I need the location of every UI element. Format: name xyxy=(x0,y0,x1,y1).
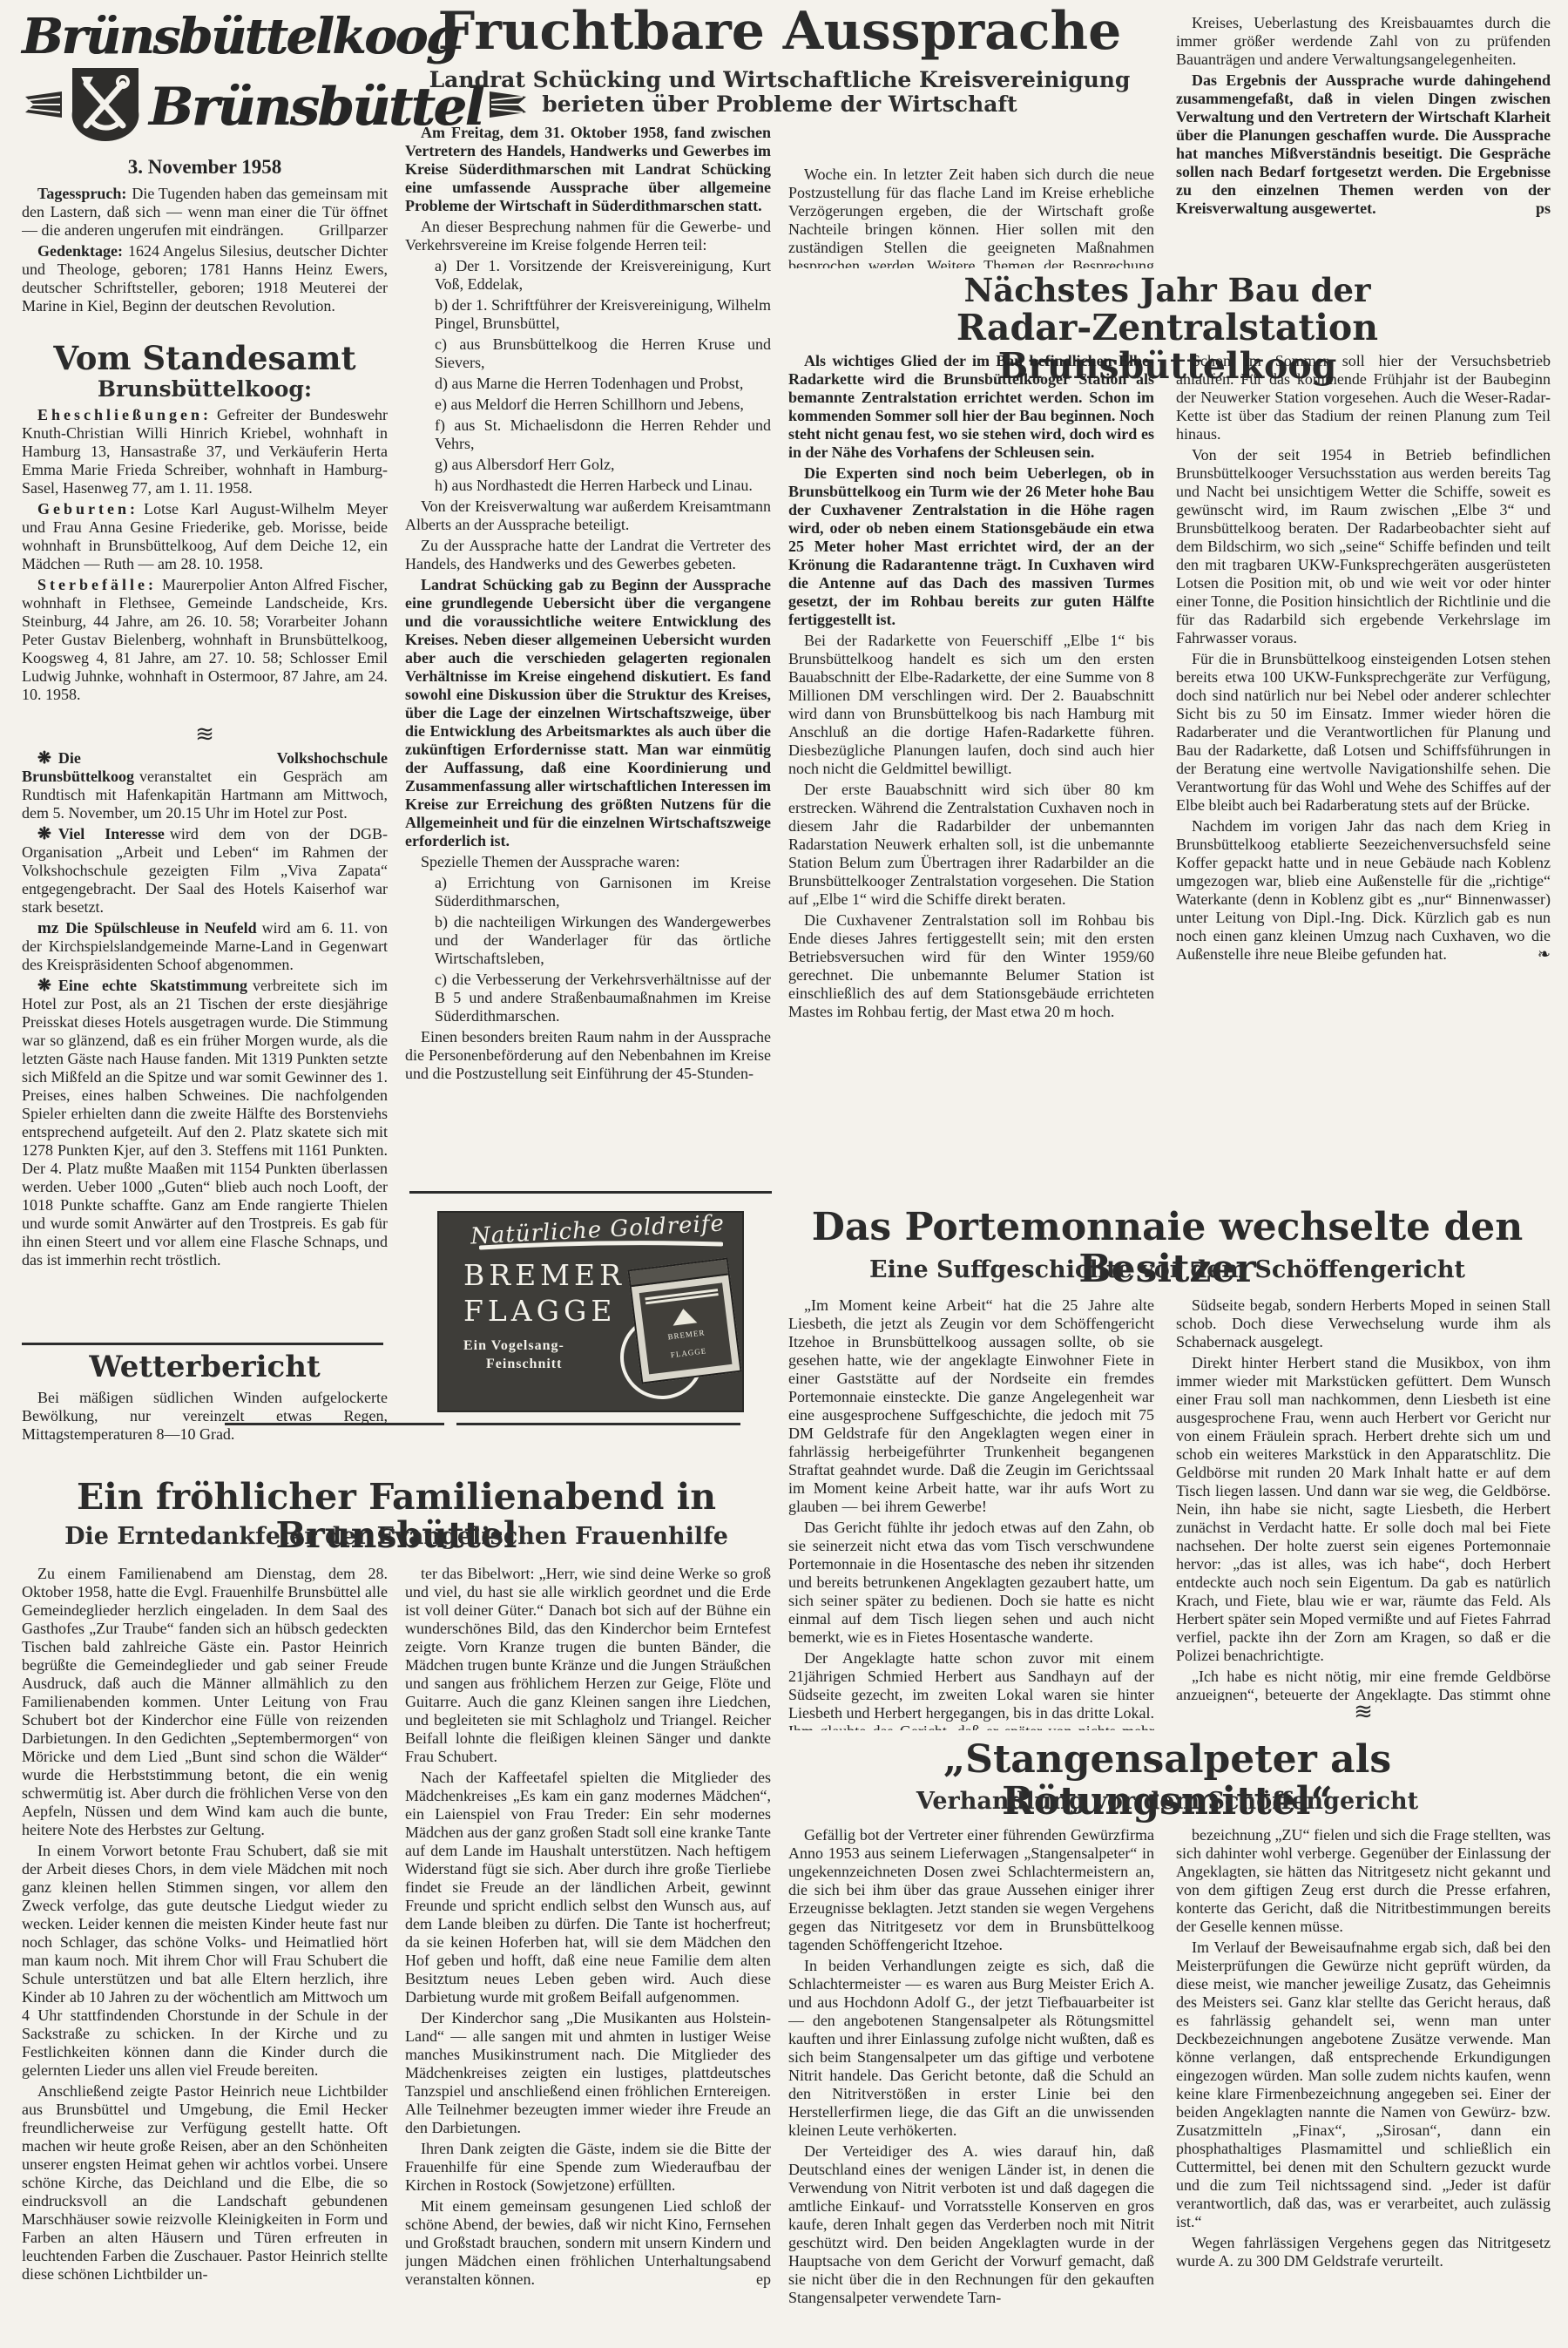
paragraph: h) aus Nordhastedt die Herren Harbeck un… xyxy=(405,477,771,495)
masthead: Brünsbüttelkoog Brünsbüttel xyxy=(22,12,396,149)
standesamt-entries: Eheschließungen:Gefreiter der Bundeswehr… xyxy=(22,406,388,725)
standesamt-heading: Vom Standesamt xyxy=(22,342,388,376)
divider-segment xyxy=(456,1423,740,1425)
tagesspruch-label: Tagesspruch: xyxy=(37,185,126,202)
paragraph: Das Gericht fühlte ihr jedoch etwas auf … xyxy=(788,1519,1154,1647)
familienabend-column-right: ter das Bibelwort: „Herr, wie sind deine… xyxy=(405,1565,771,2348)
portemonnaie-subhead: Eine Suffgeschichte vor dem Schöffengeri… xyxy=(784,1256,1551,1283)
issue-date: 3. November 1958 xyxy=(22,158,388,176)
section-divider-icon: ≋ xyxy=(1176,1701,1551,1723)
paragraph: g) aus Albersdorf Herr Golz, xyxy=(405,456,771,474)
paragraph: Eheschließungen:Gefreiter der Bundeswehr… xyxy=(22,406,388,497)
divider-segment xyxy=(225,1423,444,1425)
crest-icon xyxy=(69,64,142,149)
tagesspruch: Tagesspruch:Die Tugenden haben das gemei… xyxy=(22,185,388,240)
paragraph: ter das Bibelwort: „Herr, wie sind deine… xyxy=(405,1565,771,1766)
wetterbericht-heading: Wetterbericht xyxy=(22,1351,388,1384)
standesamt-place: Brunsbüttelkoog: xyxy=(22,377,388,403)
paragraph: Nachdem im vorigen Jahr das nach dem Kri… xyxy=(1176,817,1551,964)
wetterbericht-text: Bei mäßigen südlichen Winden aufgelocker… xyxy=(22,1389,388,1450)
fruchtbare-subhead-1: Landrat Schücking und Wirtschaftliche Kr… xyxy=(396,68,1163,93)
paragraph: Mit einem gemeinsam gesungenen Lied schl… xyxy=(405,2197,771,2289)
stangensalpeter-column-right: bezeichnung „ZU“ fielen und sich die Fra… xyxy=(1176,1826,1551,2348)
familienabend-subhead: Die Erntedankfeier der Evangelischen Fra… xyxy=(22,1523,771,1550)
paragraph: Das Ergebnis der Aussprache wurde dahing… xyxy=(1176,71,1551,218)
paragraph: Einen besonders breiten Raum nahm in der… xyxy=(405,1028,771,1083)
familienabend-column-left: Zu einem Familienabend am Dienstag, dem … xyxy=(22,1565,388,2348)
paragraph: Schon im Sommer soll hier der Versuchsbe… xyxy=(1176,352,1551,443)
paragraph: Die Cuxhavener Zentralstation soll im Ro… xyxy=(788,911,1154,1021)
local-news-items: ❋Die Volkshochschule Brunsbüttelkoogvera… xyxy=(22,749,388,1335)
weather-text: Bei mäßigen südlichen Winden aufgelocker… xyxy=(22,1389,388,1443)
paragraph: ❋Eine echte Skatstimmungverbreitete sich… xyxy=(22,977,388,1269)
item-marker-icon: ❋ xyxy=(37,977,51,995)
paragraph-lead: Sterbefälle: xyxy=(37,576,157,593)
paragraph: Zu einem Familienabend am Dienstag, dem … xyxy=(22,1565,388,1839)
item-marker-icon: ❋ xyxy=(37,749,51,768)
divider-rule xyxy=(22,1343,383,1345)
paragraph: Direkt hinter Herbert stand die Musikbox… xyxy=(1176,1354,1551,1665)
paragraph: Kreises, Ueberlastung des Kreisbauamtes … xyxy=(1176,14,1551,69)
stangensalpeter-column-left: Gefällig bot der Vertreter einer führend… xyxy=(788,1826,1154,2348)
radar-headline-line1: Nächstes Jahr Bau der xyxy=(784,274,1551,308)
item-marker-icon: ❋ xyxy=(37,825,51,843)
paragraph: ❋Die Volkshochschule Brunsbüttelkoogvera… xyxy=(22,749,388,822)
paragraph: Nach der Kaffeetafel spielten die Mitgli… xyxy=(405,1769,771,2006)
tobacco-advertisement: Natürliche Goldreife BREMER FLAGGE Ein V… xyxy=(437,1211,744,1412)
portemonnaie-column-right: Südseite begab, sondern Herberts Moped i… xyxy=(1176,1296,1551,1702)
paragraph: a) Errichtung von Garnisonen im Kreise S… xyxy=(405,874,771,910)
ad-top-rule xyxy=(409,1191,772,1194)
paragraph-lead: Die Volkshochschule Brunsbüttelkoog xyxy=(22,749,388,785)
paragraph: Anschließend zeigte Pastor Heinrich neue… xyxy=(22,2082,388,2284)
paragraph: e) aus Meldorf die Herren Schillhorn und… xyxy=(405,396,771,414)
paragraph: b) der 1. Schriftführer der Kreisvereini… xyxy=(405,296,771,333)
paragraph: Woche ein. In letzter Zeit haben sich du… xyxy=(788,166,1154,268)
pennant-icon xyxy=(22,90,62,124)
radar-column-right: Schon im Sommer soll hier der Versuchsbe… xyxy=(1176,352,1551,1187)
paragraph: Landrat Schücking gab zu Beginn der Auss… xyxy=(405,576,771,850)
tagesspruch-author: Grillparzer xyxy=(293,221,388,240)
stangensalpeter-subhead: Verhandlung vor dem Schöffengericht xyxy=(784,1788,1551,1815)
tin-label: BREMER FLAGGE xyxy=(639,1282,733,1374)
paragraph: mzDie Spülschleuse in Neufeldwird am 6. … xyxy=(22,919,388,974)
section-divider-icon: ≋ xyxy=(22,723,388,746)
paragraph: Südseite begab, sondern Herberts Moped i… xyxy=(1176,1296,1551,1351)
paragraph: d) aus Marne die Herren Todenhagen und P… xyxy=(405,375,771,393)
fruchtbare-headline: Fruchtbare Aussprache xyxy=(396,3,1163,60)
paragraph: Spezielle Themen der Aussprache waren: xyxy=(405,853,771,871)
portemonnaie-column-left: „Im Moment keine Arbeit“ hat die 25 Jahr… xyxy=(788,1296,1154,1730)
paragraph: In beiden Verhandlungen zeigte es sich, … xyxy=(788,1957,1154,2140)
paragraph: Als wichtiges Glied der im Bau befindlic… xyxy=(788,352,1154,462)
paragraph: Sterbefälle:Maurerpolier Anton Alfred Fi… xyxy=(22,576,388,704)
masthead-title-line1: Brünsbüttelkoog xyxy=(22,12,396,61)
fruchtbare-column-2: Woche ein. In letzter Zeit haben sich du… xyxy=(788,166,1154,268)
paragraph: „Im Moment keine Arbeit“ hat die 25 Jahr… xyxy=(788,1296,1154,1516)
paragraph: a) Der 1. Vorsitzende der Kreisvereinigu… xyxy=(405,257,771,294)
gedenktage-label: Gedenktage: xyxy=(37,242,123,260)
paragraph: Die Experten sind noch beim Ueberlegen, … xyxy=(788,464,1154,629)
radar-column-left: Als wichtiges Glied der im Bau befindlic… xyxy=(788,352,1154,1187)
paragraph-lead: Die Spülschleuse in Neufeld xyxy=(65,919,256,937)
paragraph: Der erste Bauabschnitt wird sich über 80… xyxy=(788,781,1154,909)
paragraph-lead: Eheschließungen: xyxy=(37,406,212,423)
tobacco-tin-image: BREMER FLAGGE xyxy=(627,1257,741,1384)
fruchtbare-column-3: Kreises, Ueberlastung des Kreisbauamtes … xyxy=(1176,14,1551,267)
paragraph: b) die nachteiligen Wirkungen des Wander… xyxy=(405,913,771,968)
paragraph: Am Freitag, dem 31. Oktober 1958, fand z… xyxy=(405,124,771,215)
paragraph: Der Verteidiger des A. wies darauf hin, … xyxy=(788,2142,1154,2307)
sign-off: ❧ xyxy=(1511,945,1551,964)
paragraph-lead: Viel Interesse xyxy=(58,825,165,842)
paragraph-lead: Eine echte Skatstimmung xyxy=(58,977,247,994)
paragraph: „Ich habe es nicht nötig, mir eine fremd… xyxy=(1176,1668,1551,1702)
paragraph: Von der seit 1954 in Betrieb befindliche… xyxy=(1176,446,1551,647)
paragraph: c) aus Brunsbüttelkoog die Herren Kruse … xyxy=(405,335,771,372)
paragraph: In einem Vorwort betonte Frau Schubert, … xyxy=(22,1842,388,2080)
paragraph: Wegen fahrlässigen Vergehens gegen das N… xyxy=(1176,2234,1551,2270)
paragraph: Gefällig bot der Vertreter einer führend… xyxy=(788,1826,1154,1954)
daily-quote-block: Tagesspruch:Die Tugenden haben das gemei… xyxy=(22,185,388,343)
paragraph: c) die Verbesserung der Verkehrsverhältn… xyxy=(405,971,771,1025)
fruchtbare-subhead-2: berieten über Probleme der Wirtschaft xyxy=(396,92,1163,118)
paragraph: Geburten:Lotse Karl August-Wilhelm Meyer… xyxy=(22,500,388,573)
paragraph: Ihren Dank zeigten die Gäste, indem sie … xyxy=(405,2140,771,2195)
ship-icon xyxy=(671,1307,697,1325)
paragraph: Der Angeklagte hatte schon zuvor mit ein… xyxy=(788,1649,1154,1730)
paragraph: Der Kinderchor sang „Die Musikanten aus … xyxy=(405,2009,771,2137)
paragraph: ❋Viel Interessewird dem von der DGB-Orga… xyxy=(22,825,388,917)
fruchtbare-column-1: Am Freitag, dem 31. Oktober 1958, fand z… xyxy=(405,124,771,1188)
item-marker-icon: mz xyxy=(37,919,58,937)
paragraph: An dieser Besprechung nahmen für die Gew… xyxy=(405,218,771,254)
paragraph: bezeichnung „ZU“ fielen und sich die Fra… xyxy=(1176,1826,1551,1936)
paragraph-lead: Geburten: xyxy=(37,500,139,518)
paragraph: Zu der Aussprache hatte der Landrat die … xyxy=(405,537,771,573)
sign-off: ep xyxy=(730,2270,771,2289)
newspaper-page: { "misc": {"divider_glyph": "≋", "radar_… xyxy=(0,0,1568,2348)
sign-off: ps xyxy=(1510,200,1551,218)
gedenktage: Gedenktage:1624 Angelus Silesius, deutsc… xyxy=(22,242,388,315)
paragraph: Bei mäßigen südlichen Winden aufgelocker… xyxy=(22,1389,388,1444)
paragraph: Bei der Radarkette von Feuerschiff „Elbe… xyxy=(788,632,1154,778)
paragraph: Von der Kreisverwaltung war außerdem Kre… xyxy=(405,497,771,534)
paragraph: Für die in Brunsbüttelkoog einsteigenden… xyxy=(1176,650,1551,815)
paragraph: f) aus St. Michaelisdonn die Herren Rehd… xyxy=(405,416,771,453)
paragraph: Im Verlauf der Beweisaufnahme ergab sich… xyxy=(1176,1939,1551,2231)
